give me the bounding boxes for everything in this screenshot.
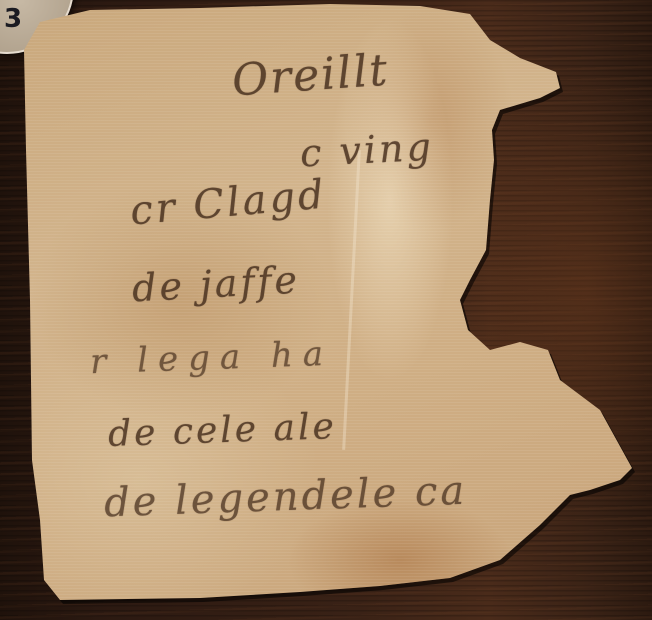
catalog-number-text: 3 bbox=[4, 4, 22, 34]
manuscript-line-2: c ving bbox=[299, 125, 435, 176]
manuscript-line-3: cr Clagd bbox=[128, 172, 328, 235]
photo-scene: 3 Oreillt c ving cr Clagd de jaffe r leg… bbox=[0, 0, 652, 620]
manuscript-line-1: Oreillt bbox=[230, 45, 390, 107]
paper-fold-crease bbox=[342, 150, 361, 450]
manuscript-line-4: de jaffe bbox=[131, 258, 301, 311]
manuscript-line-7: de legendele ca bbox=[103, 468, 468, 527]
manuscript-line-6: de cele ale bbox=[107, 406, 337, 455]
manuscript-line-5: r lega ha bbox=[89, 334, 333, 382]
